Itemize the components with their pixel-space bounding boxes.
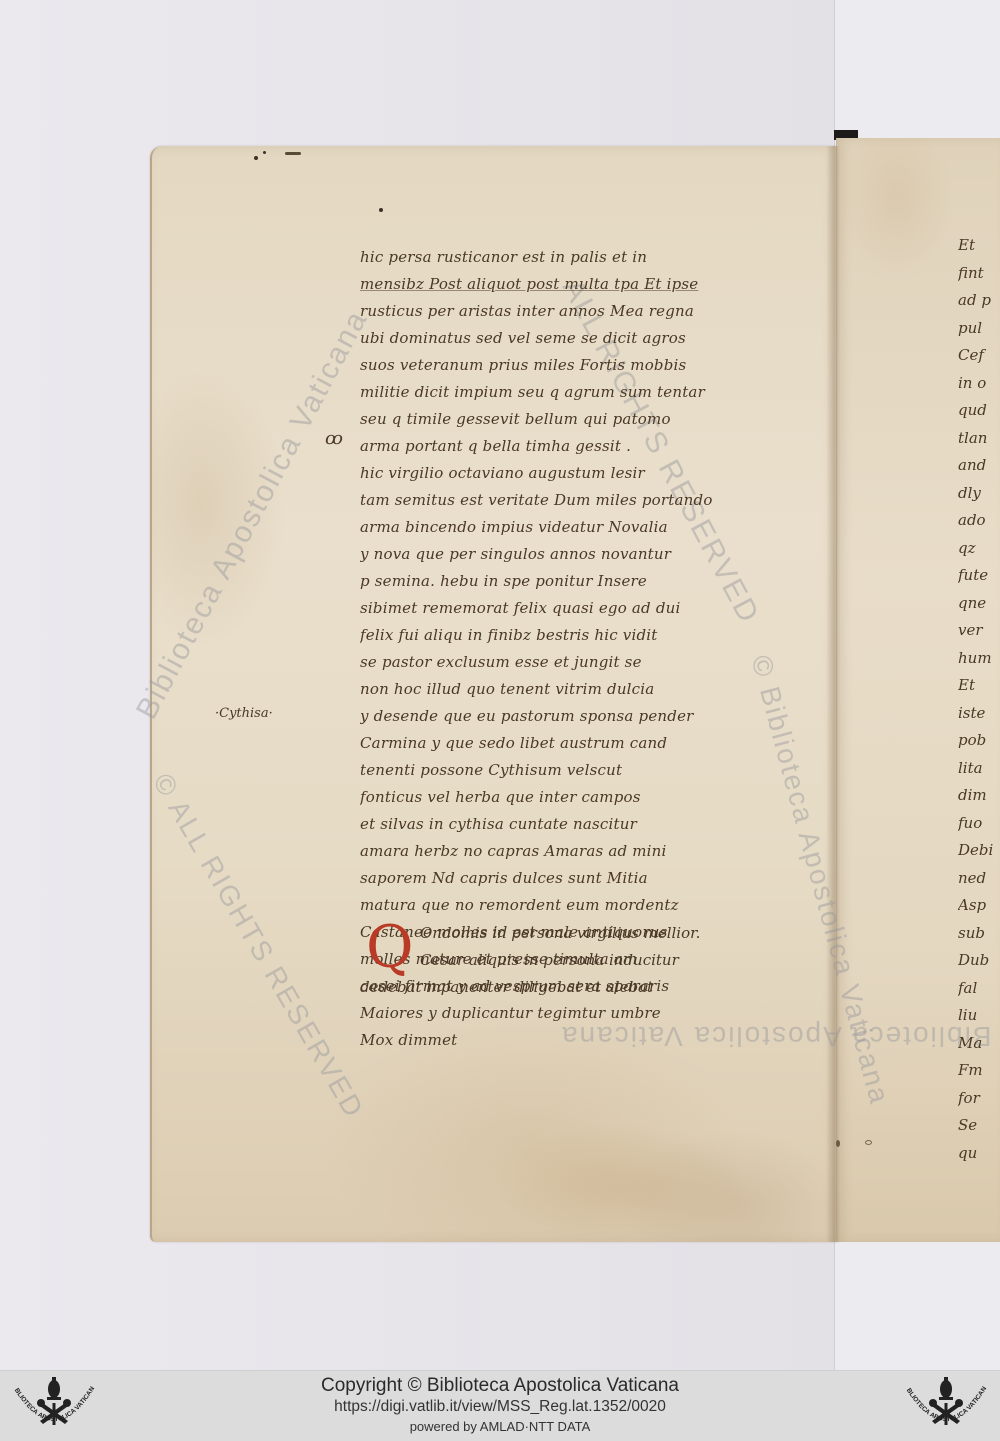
manuscript-scan-area: Biblioteca Apostolica Vaticana ALL RIGHT… bbox=[0, 0, 1000, 1370]
text-line: y nova que per singulos annos novantur bbox=[360, 541, 780, 568]
text-line: Carmina y que sedo libet austrum cand bbox=[360, 730, 780, 757]
text-line: dly bbox=[958, 480, 1000, 508]
manuscript-second-section: Ondomis in persona virgilius mellior. Ce… bbox=[360, 920, 800, 1001]
margin-note: ·Cythisa· bbox=[215, 706, 273, 721]
text-line: pob bbox=[958, 727, 1000, 755]
text-line: dim bbox=[958, 782, 1000, 810]
text-line: non hoc illud quo tenent vitrim dulcia bbox=[360, 676, 780, 703]
text-line: in o bbox=[958, 370, 1000, 398]
text-line: hic virgilio octaviano augustum lesir bbox=[360, 460, 780, 487]
text-line: fint bbox=[958, 260, 1000, 288]
footer-text-block: Copyright © Biblioteca Apostolica Vatica… bbox=[200, 1375, 800, 1437]
text-line: ver bbox=[958, 617, 1000, 645]
text-line: militie dicit impium seu q agrum sum ten… bbox=[360, 379, 780, 406]
text-line: matura que no remordent eum mordentz bbox=[360, 892, 780, 919]
text-line: qud bbox=[958, 397, 1000, 425]
text-line: Maiores y duplicantur tegimtur umbre bbox=[360, 1000, 780, 1027]
text-line: hum bbox=[958, 645, 1000, 673]
text-line: seu q timile gessevit bellum qui patomo bbox=[360, 406, 780, 433]
ink-dot bbox=[379, 208, 383, 212]
text-line: fute bbox=[958, 562, 1000, 590]
text-line: Cef bbox=[958, 342, 1000, 370]
text-line: tlan bbox=[958, 425, 1000, 453]
text-line: fonticus vel herba que inter campos bbox=[360, 784, 780, 811]
text-line: pul bbox=[958, 315, 1000, 343]
text-line: ned bbox=[958, 865, 1000, 893]
text-line: arma bincendo impius videatur Novalia bbox=[360, 514, 780, 541]
text-line: qne bbox=[958, 590, 1000, 618]
text-line: iste bbox=[958, 700, 1000, 728]
text-line: ubi dominatus sed vel seme se dicit agro… bbox=[360, 325, 780, 352]
text-line: ado bbox=[958, 507, 1000, 535]
text-line: and bbox=[958, 452, 1000, 480]
right-page-partial-text: Et fint ad p pul Cef in o qud tlan and d… bbox=[958, 232, 1000, 1167]
text-line: dedebat inpanenter diligebat et alebat bbox=[360, 974, 800, 1001]
text-line: amara herbz no capras Amaras ad mini bbox=[360, 838, 780, 865]
ink-mark bbox=[254, 156, 258, 160]
text-line: hic persa rusticanor est in palis et in bbox=[360, 244, 780, 271]
text-line: Asp bbox=[958, 892, 1000, 920]
text-line: Mox dimmet bbox=[360, 1027, 780, 1054]
text-line: Debi bbox=[958, 837, 1000, 865]
text-line: Et bbox=[958, 232, 1000, 260]
text-line: sibimet rememorat felix quasi ego ad dui bbox=[360, 595, 780, 622]
papal-emblem-icon: BIBLIOTECA APOSTOLICA VATICANA bbox=[896, 1375, 996, 1439]
library-logo: BIBLIOTECA APOSTOLICA VATICANA bbox=[4, 1375, 104, 1439]
copyright-notice: Copyright © Biblioteca Apostolica Vatica… bbox=[200, 1375, 800, 1397]
text-line: arma portant q bella timha gessit . bbox=[360, 433, 780, 460]
text-line: Ondomis in persona virgilius mellior. bbox=[360, 920, 800, 947]
text-line: tam semitus est veritate Dum miles porta… bbox=[360, 487, 780, 514]
text-line: lita bbox=[958, 755, 1000, 783]
text-line: Ma bbox=[958, 1030, 1000, 1058]
text-line: ad p bbox=[958, 287, 1000, 315]
text-line: qu bbox=[958, 1140, 1000, 1168]
manuscript-url[interactable]: https://digi.vatlib.it/view/MSS_Reg.lat.… bbox=[200, 1397, 800, 1417]
ink-dot bbox=[836, 1140, 840, 1147]
text-line: felix fui aliqu in finibz bestris hic vi… bbox=[360, 622, 780, 649]
text-line: rusticus per aristas inter annos Mea reg… bbox=[360, 298, 780, 325]
margin-mark: ꝏ bbox=[325, 428, 343, 449]
text-line: se pastor exclusum esse et jungit se bbox=[360, 649, 780, 676]
text-line: Se bbox=[958, 1112, 1000, 1140]
text-line: sub bbox=[958, 920, 1000, 948]
text-line: y desende que eu pastorum sponsa pender bbox=[360, 703, 780, 730]
powered-by: powered by AMLAD·NTT DATA bbox=[200, 1417, 800, 1437]
copyright-footer: BIBLIOTECA APOSTOLICA VATICANA Copyright… bbox=[0, 1370, 1000, 1441]
text-line: Dub bbox=[958, 947, 1000, 975]
text-line: suos veteranum prius miles Fortis mobbis bbox=[360, 352, 780, 379]
text-line: qz bbox=[958, 535, 1000, 563]
library-logo: BIBLIOTECA APOSTOLICA VATICANA bbox=[896, 1375, 996, 1439]
text-line: liu bbox=[958, 1002, 1000, 1030]
text-line: Fm bbox=[958, 1057, 1000, 1085]
text-line: mensibz Post aliquot post multa tpa Et i… bbox=[360, 271, 780, 298]
text-line: p semina. hebu in spe ponitur Insere bbox=[360, 568, 780, 595]
text-line: Cesar aliquis in persona inducitur bbox=[360, 947, 800, 974]
papal-emblem-icon: BIBLIOTECA APOSTOLICA VATICANA bbox=[4, 1375, 104, 1439]
text-line: saporem Nd capris dulces sunt Mitia bbox=[360, 865, 780, 892]
text-line: for bbox=[958, 1085, 1000, 1113]
text-line: tenenti possone Cythisum velscut bbox=[360, 757, 780, 784]
ink-dot bbox=[865, 1140, 872, 1145]
text-line: Et bbox=[958, 672, 1000, 700]
ink-mark bbox=[263, 151, 266, 154]
ink-mark bbox=[285, 152, 301, 155]
text-line: fuo bbox=[958, 810, 1000, 838]
gutter-shadow bbox=[826, 146, 840, 1242]
text-line: et silvas in cythisa cuntate nascitur bbox=[360, 811, 780, 838]
text-line: fal bbox=[958, 975, 1000, 1003]
